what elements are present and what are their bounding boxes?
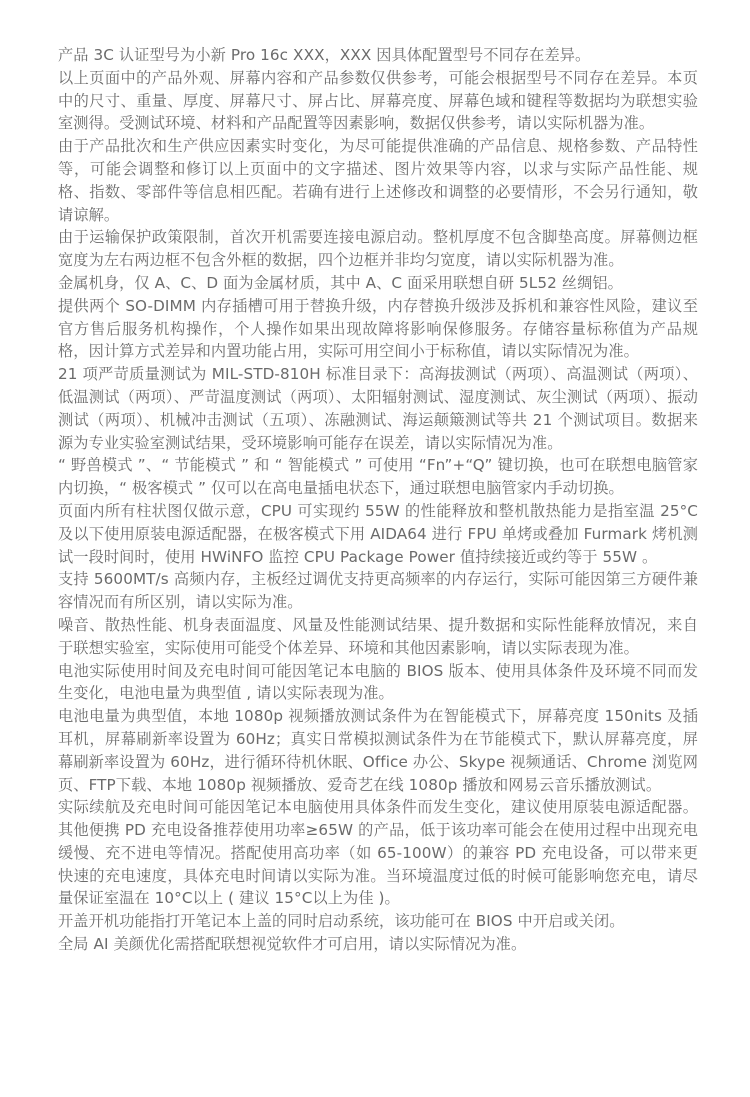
note-lid-open-boot: 开盖开机功能指打开笔记本上盖的同时启动系统，该功能可在 BIOS 中开启或关闭。 (58, 910, 698, 933)
note-battery-test-conditions: 电池电量为典型值，本地 1080p 视频播放测试条件为在智能模式下，屏幕亮度 1… (58, 705, 698, 796)
note-memory-frequency: 支持 5600MT/s 高频内存，主板经过调优支持更高频率的内存运行，实际可能因… (58, 568, 698, 614)
note-ai-beauty: 全局 AI 美颜优化需搭配联想视觉软件才可启用，请以实际情况为准。 (58, 933, 698, 956)
note-appearance-reference: 以上页面中的产品外观、屏幕内容和产品参数仅供参考，可能会根据型号不同存在差异。本… (58, 67, 698, 135)
note-metal-body: 金属机身，仅 A、C、D 面为金属材质，其中 A、C 面采用联想自研 5L52 … (58, 272, 698, 295)
note-charging: 实际续航及充电时间可能因笔记本电脑使用具体条件而发生变化，建议使用原装电源适配器… (58, 796, 698, 910)
note-battery-time: 电池实际使用时间及充电时间可能因笔记本电脑的 BIOS 版本、使用具体条件及环境… (58, 660, 698, 706)
note-mil-std-tests: 21 项严苛质量测试为 MIL-STD-810H 标准目录下：高海拔测试（两项）… (58, 363, 698, 454)
note-performance-modes: “ 野兽模式 ”、“ 节能模式 ” 和 “ 智能模式 ” 可使用 “Fn”+“Q… (58, 454, 698, 500)
note-product-info-changes: 由于产品批次和生产供应因素实时变化，为尽可能提供准确的产品信息、规格参数、产品特… (58, 135, 698, 226)
note-shipping-protection: 由于运输保护政策限制，首次开机需要连接电源启动。整机厚度不包含脚垫高度。屏幕侧边… (58, 226, 698, 272)
disclaimer-notes: 产品 3C 认证型号为小新 Pro 16c XXX，XXX 因具体配置型号不同存… (58, 44, 698, 956)
note-cpu-performance: 页面内所有柱状图仅做示意，CPU 可实现约 55W 的性能释放和整机散热能力是指… (58, 500, 698, 568)
note-memory-storage: 提供两个 SO-DIMM 内存插槽可用于替换升级，内存替换升级涉及拆机和兼容性风… (58, 295, 698, 363)
note-3c-certification: 产品 3C 认证型号为小新 Pro 16c XXX，XXX 因具体配置型号不同存… (58, 44, 698, 67)
note-noise-thermal: 噪音、散热性能、机身表面温度、风量及性能测试结果、提升数据和实际性能释放情况，来… (58, 614, 698, 660)
